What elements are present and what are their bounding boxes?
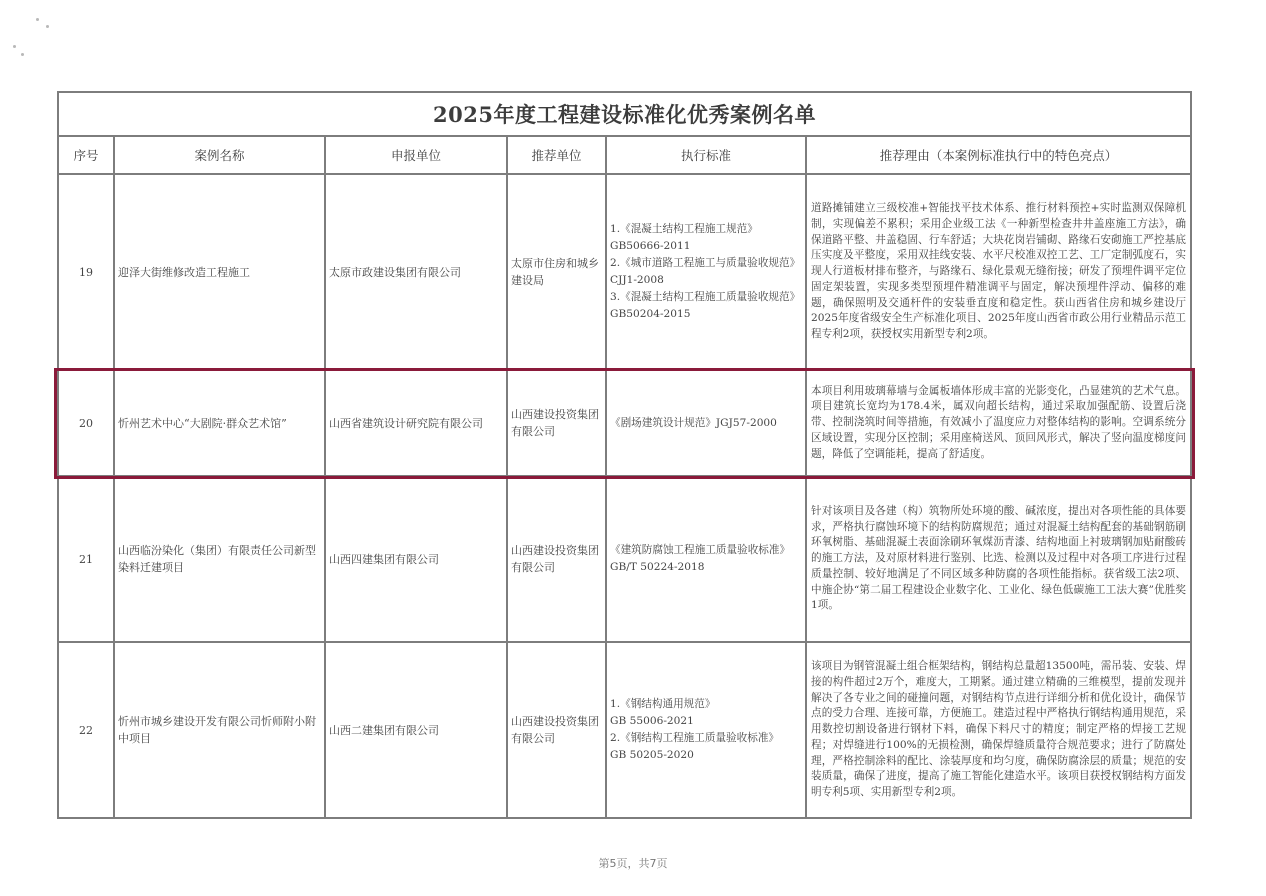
applicant: 山西四建集团有限公司 (325, 476, 507, 642)
scan-speck (46, 25, 49, 28)
reason: 针对该项目及各建（构）筑物所处环境的酸、碱浓度，提出对各项性能的具体要求，严格执… (806, 476, 1191, 642)
cases-table: 2025年度工程建设标准化优秀案例名单 序号 案例名称 申报单位 推荐单位 执行… (57, 91, 1192, 819)
row-number: 21 (58, 476, 114, 642)
recommender: 山西建设投资集团有限公司 (507, 642, 606, 818)
case-name: 山西临汾染化（集团）有限责任公司新型染料迁建项目 (114, 476, 325, 642)
standard-item: 《剧场建筑设计规范》JGJ57-2000 (610, 415, 802, 432)
standards: 1.《混凝土结构工程施工规范》GB50666-2011 2.《城市道路工程施工与… (606, 174, 806, 370)
standards: 1.《钢结构通用规范》 GB 55006-2021 2.《钢结构工程施工质量验收… (606, 642, 806, 818)
scan-speck (21, 53, 24, 56)
applicant: 山西省建筑设计研究院有限公司 (325, 370, 507, 476)
page-footer: 第5页，共7页 (0, 855, 1266, 871)
standards: 《建筑防腐蚀工程施工质量验收标准》GB/T 50224-2018 (606, 476, 806, 642)
header-applicant: 申报单位 (325, 136, 507, 174)
standard-item: GB 55006-2021 (610, 713, 802, 730)
standard-item: GB 50205-2020 (610, 747, 802, 764)
document-title: 2025年度工程建设标准化优秀案例名单 (58, 92, 1191, 136)
recommender: 山西建设投资集团有限公司 (507, 370, 606, 476)
standard-item: 《建筑防腐蚀工程施工质量验收标准》GB/T 50224-2018 (610, 542, 802, 576)
recommender: 太原市住房和城乡建设局 (507, 174, 606, 370)
case-name: 忻州艺术中心“大剧院·群众艺术馆” (114, 370, 325, 476)
header-reason: 推荐理由（本案例标准执行中的特色亮点） (806, 136, 1191, 174)
header-case-name: 案例名称 (114, 136, 325, 174)
case-name: 忻州市城乡建设开发有限公司忻师附小附中项目 (114, 642, 325, 818)
reason: 道路摊铺建立三级校准+智能找平技术体系、推行材料预控+实时监测双保障机制，实现偏… (806, 174, 1191, 370)
table-header-row: 序号 案例名称 申报单位 推荐单位 执行标准 推荐理由（本案例标准执行中的特色亮… (58, 136, 1191, 174)
row-number: 22 (58, 642, 114, 818)
applicant: 山西二建集团有限公司 (325, 642, 507, 818)
header-recommender: 推荐单位 (507, 136, 606, 174)
scan-speck (13, 45, 16, 48)
table-row: 21 山西临汾染化（集团）有限责任公司新型染料迁建项目 山西四建集团有限公司 山… (58, 476, 1191, 642)
reason: 本项目利用玻璃幕墙与金属板墙体形成丰富的光影变化，凸显建筑的艺术气息。项目建筑长… (806, 370, 1191, 476)
header-no: 序号 (58, 136, 114, 174)
standards: 《剧场建筑设计规范》JGJ57-2000 (606, 370, 806, 476)
scan-speck (36, 18, 39, 21)
standard-item: 1.《混凝土结构工程施工规范》GB50666-2011 (610, 221, 802, 255)
table-row-highlighted: 20 忻州艺术中心“大剧院·群众艺术馆” 山西省建筑设计研究院有限公司 山西建设… (58, 370, 1191, 476)
applicant: 太原市政建设集团有限公司 (325, 174, 507, 370)
standard-item: 3.《混凝土结构工程施工质量验收规范》GB50204-2015 (610, 289, 802, 323)
recommender: 山西建设投资集团有限公司 (507, 476, 606, 642)
reason: 该项目为钢管混凝土组合框架结构，钢结构总量超13500吨，需吊装、安装、焊接的构… (806, 642, 1191, 818)
row-number: 20 (58, 370, 114, 476)
table-row: 19 迎泽大街维修改造工程施工 太原市政建设集团有限公司 太原市住房和城乡建设局… (58, 174, 1191, 370)
row-number: 19 (58, 174, 114, 370)
standard-item: 2.《城市道路工程施工与质量验收规范》CJJ1-2008 (610, 255, 802, 289)
case-name: 迎泽大街维修改造工程施工 (114, 174, 325, 370)
table-row: 22 忻州市城乡建设开发有限公司忻师附小附中项目 山西二建集团有限公司 山西建设… (58, 642, 1191, 818)
standard-item: 2.《钢结构工程施工质量验收标准》 (610, 730, 802, 747)
standard-item: 1.《钢结构通用规范》 (610, 696, 802, 713)
header-standard: 执行标准 (606, 136, 806, 174)
